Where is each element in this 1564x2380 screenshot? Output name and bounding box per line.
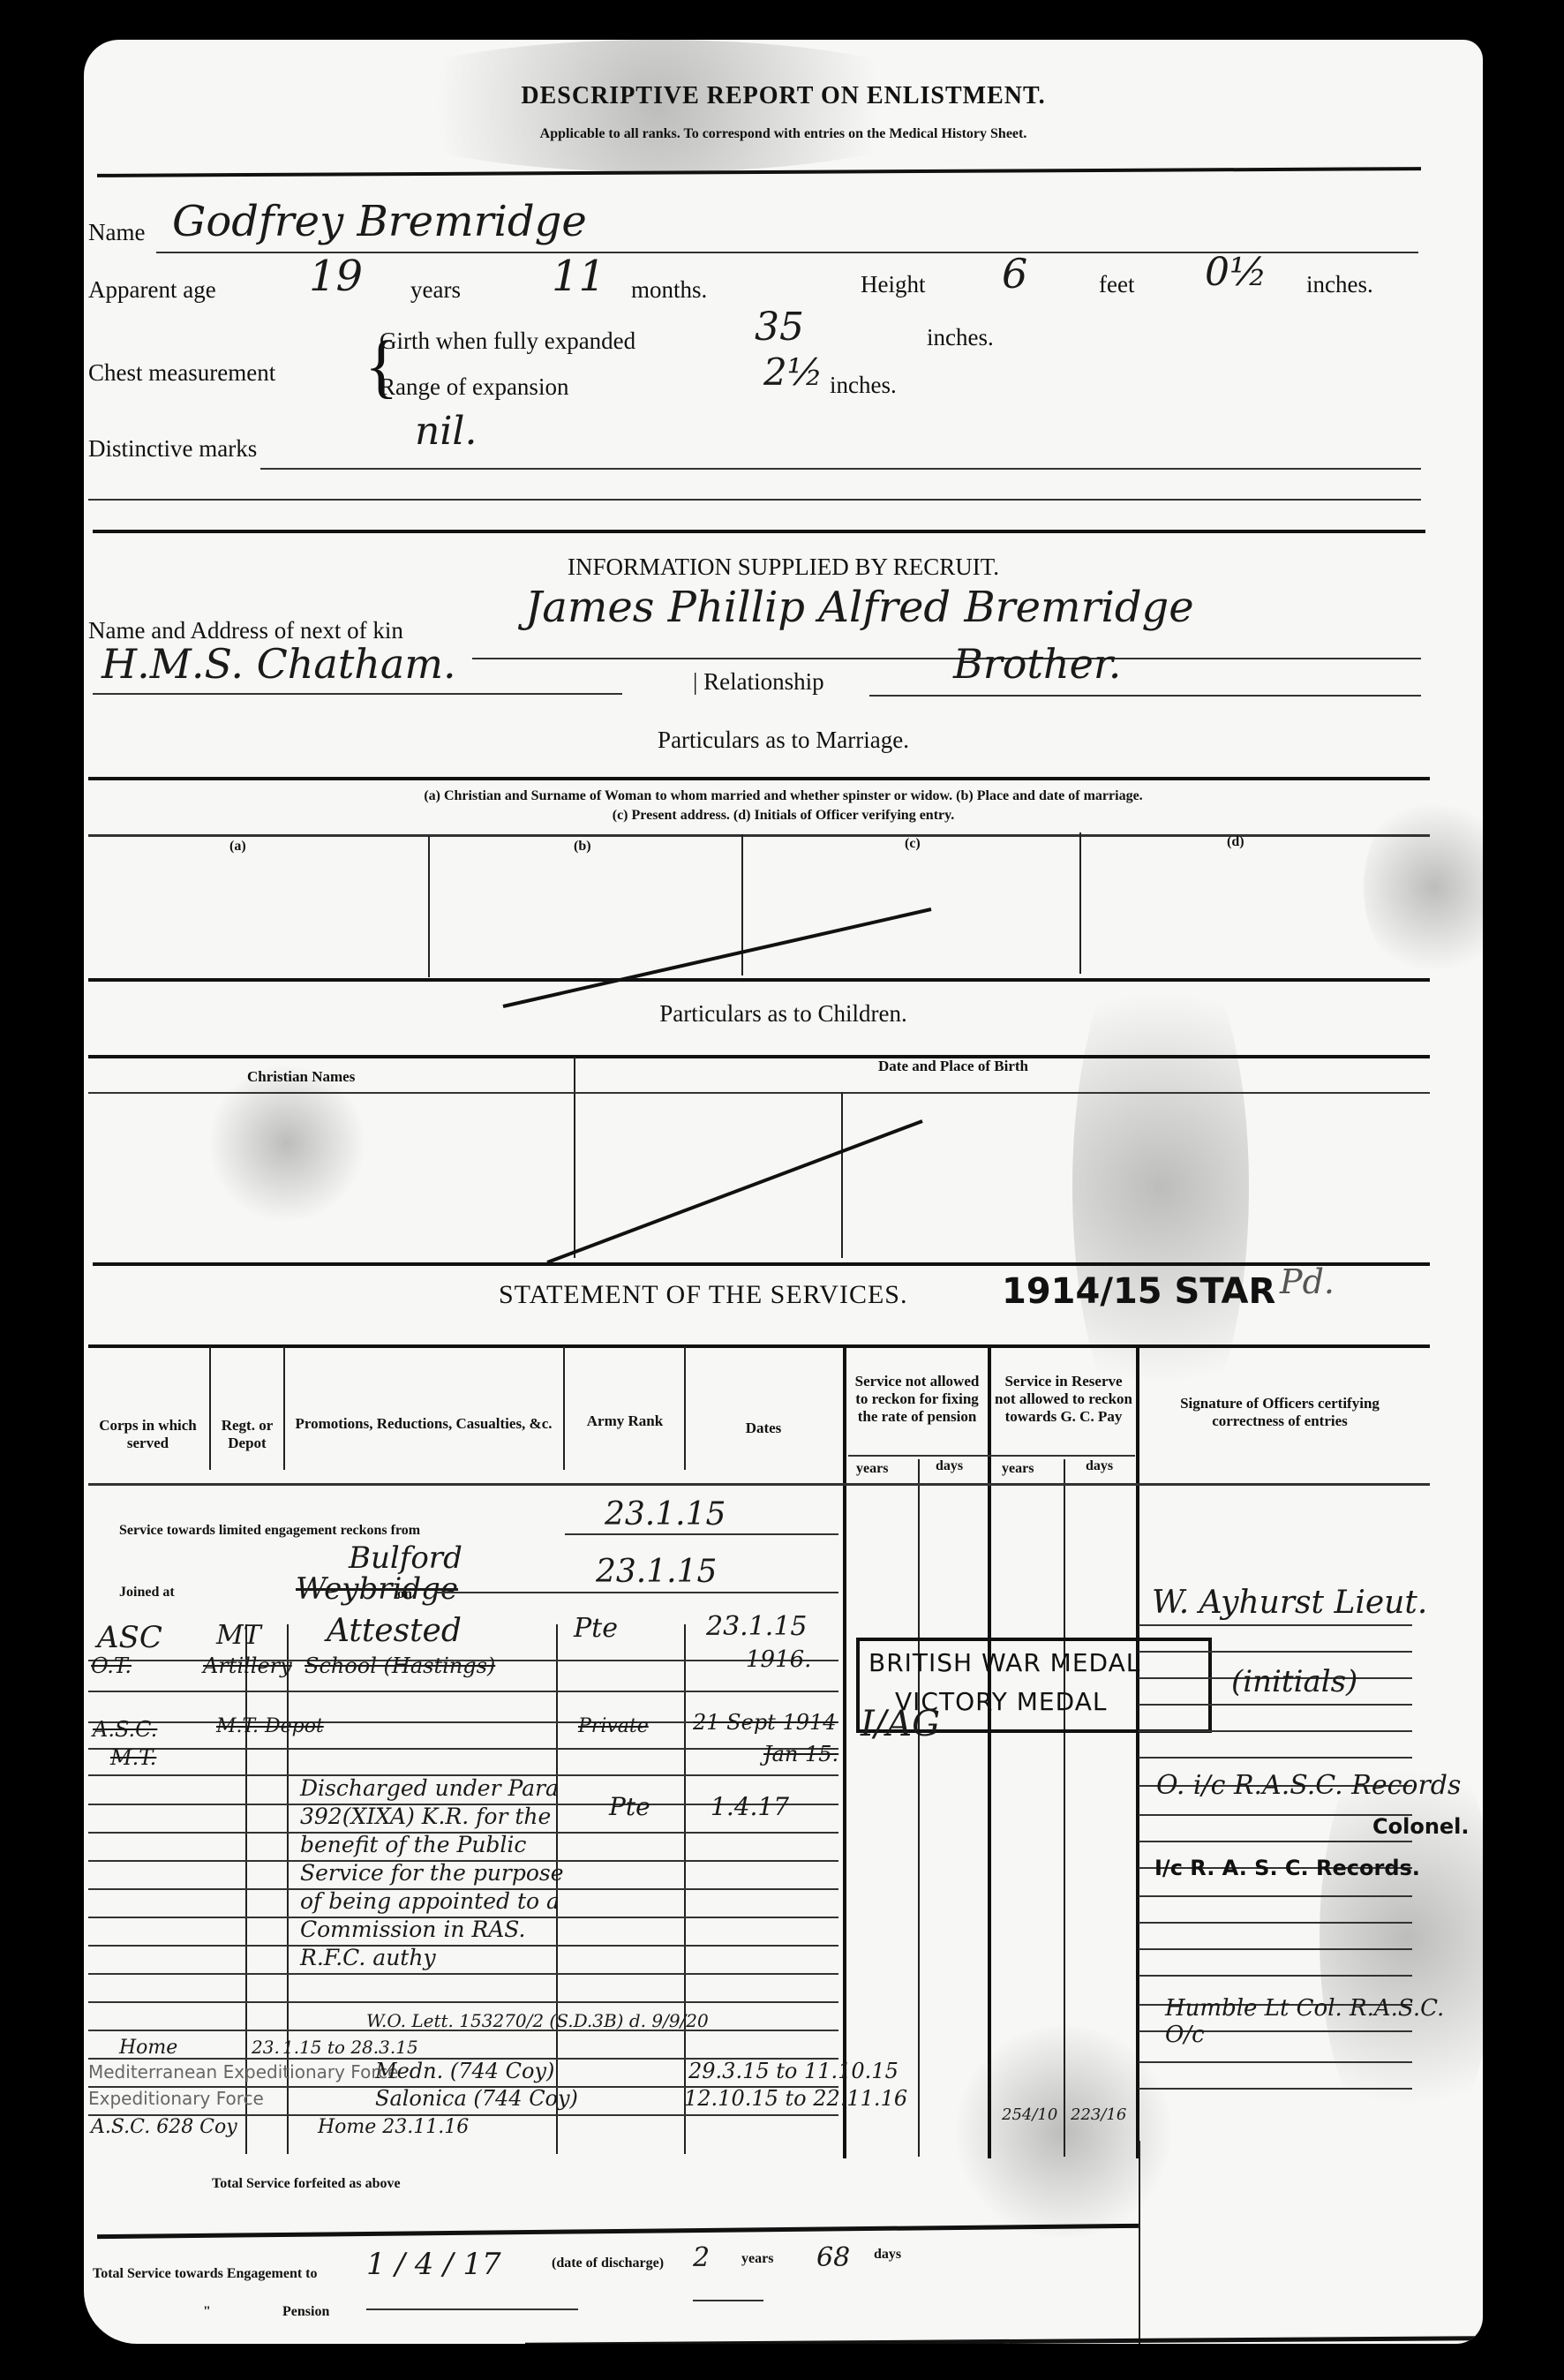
total-engagement-date: 1 / 4 / 17 <box>366 2247 501 2282</box>
sig-line <box>1139 1895 1412 1897</box>
inches-label: inches. <box>1306 271 1373 298</box>
reserve-entry-years: 254/10 <box>1002 2105 1057 2124</box>
row-line <box>88 2001 838 2003</box>
range-label: Range of expansion <box>380 373 568 401</box>
star-stamp: 1914/15 STAR <box>1002 1271 1275 1312</box>
colonel-label: Colonel. <box>1372 1814 1470 1839</box>
col-divider <box>684 1346 686 1470</box>
col-divider <box>563 1346 565 1470</box>
col-divider <box>1139 2141 1140 2344</box>
col-promotions: Promotions, Reductions, Casualties, &c. <box>291 1415 556 1433</box>
col-signature: Signature of Officers certifying correct… <box>1147 1395 1412 1430</box>
row-10-promotion: Home 23.11.16 <box>318 2116 469 2138</box>
divider <box>88 1344 1430 1348</box>
row-2-promotion: School (Hastings) <box>305 1653 495 1678</box>
pension-ditto: " <box>203 2304 211 2320</box>
marriage-col-c: (c) <box>905 836 921 852</box>
entry-line <box>437 1592 838 1593</box>
row-5-date: 1.4.17 <box>711 1792 789 1821</box>
col-rank: Army Rank <box>568 1412 682 1430</box>
divider <box>97 2224 1139 2239</box>
col-regt: Regt. or Depot <box>213 1417 282 1452</box>
row-9-corps: Expeditionary Force <box>88 2088 264 2109</box>
marriage-instructions-1: (a) Christian and Surname of Woman to wh… <box>84 788 1483 804</box>
medal-stamp-line1: BRITISH WAR MEDAL <box>868 1648 1140 1677</box>
relationship-line <box>869 695 1421 697</box>
row-7-regt: 23. <box>252 2037 280 2058</box>
sig-line <box>1139 1651 1412 1653</box>
col-corps: Corps in which served <box>88 1417 207 1452</box>
sig-line <box>1139 2088 1412 2090</box>
document-page: DESCRIPTIVE REPORT ON ENLISTMENT. Applic… <box>84 40 1483 2344</box>
row-3-regt: M.T. Depot <box>216 1715 324 1737</box>
medal-stamp-mark: I/AG <box>861 1704 940 1744</box>
joined-on-label: on <box>397 1586 412 1602</box>
divider <box>93 530 1425 533</box>
strike-through-line <box>499 905 940 1011</box>
divider <box>88 1055 1430 1058</box>
sig-line <box>1139 1730 1412 1732</box>
reserve-entry-days: 223/16 <box>1071 2105 1126 2124</box>
name-value: Godfrey Bremridge <box>172 197 587 246</box>
recruit-info-heading: INFORMATION SUPPLIED BY RECRUIT. <box>84 554 1483 581</box>
row-4-corps: M.T. <box>110 1745 156 1770</box>
row-2-date: 1916. <box>746 1646 811 1673</box>
col-divider <box>1064 1459 1065 2157</box>
col-divider <box>1079 832 1081 974</box>
limited-engagement-date: 23.1.15 <box>605 1496 726 1533</box>
subheader-line <box>848 1455 1135 1457</box>
marriage-heading: Particulars as to Marriage. <box>84 727 1483 754</box>
marriage-col-b: (b) <box>574 839 591 855</box>
range-unit: inches. <box>830 372 897 399</box>
total-engagement-label: Total Service towards Engagement to <box>93 2266 318 2282</box>
date-of-discharge-label: (date of discharge) <box>552 2256 664 2271</box>
row-line <box>88 1973 838 1975</box>
marks-value: nil. <box>415 409 477 454</box>
row-5-promotion: Discharged under Para 392(XIXA) K.R. for… <box>300 1774 565 1972</box>
col-divider <box>209 1346 211 1470</box>
sig-line <box>1139 1841 1412 1842</box>
height-feet-value: 6 <box>1002 250 1027 297</box>
sig-line <box>1139 1922 1412 1924</box>
services-heading: STATEMENT OF THE SERVICES. <box>499 1280 907 1310</box>
row-1-rank: Pte <box>574 1613 618 1644</box>
row-1-regt: MT <box>216 1620 261 1651</box>
divider <box>93 1262 1430 1266</box>
name-label: Name <box>88 219 145 246</box>
row-7-corps: Home <box>119 2037 177 2059</box>
row-10-corps: A.S.C. 628 Coy <box>91 2116 237 2138</box>
row-7-promotion: 1.15 to 28.3.15 <box>282 2037 418 2058</box>
marks-line <box>260 468 1421 470</box>
signature-2: (initials) <box>1231 1664 1357 1699</box>
age-years-value: 19 <box>309 252 363 301</box>
row-3-date: 21 Sept 1914 <box>693 1710 837 1735</box>
row-2-regt: Artillery <box>203 1653 292 1678</box>
joined-label: Joined at <box>119 1585 175 1600</box>
height-inches-value: 0½ <box>1205 250 1267 295</box>
row-1-promotion: Attested <box>327 1613 462 1649</box>
row-1-date: 23.1.15 <box>706 1611 808 1642</box>
joined-place: Bulford <box>349 1540 462 1576</box>
col-gc-pay: Service in Reserve not allowed to reckon… <box>993 1373 1134 1426</box>
sig-line <box>1139 2061 1412 2063</box>
sig-line <box>1139 1814 1412 1816</box>
star-initials: Pd. <box>1280 1262 1335 1301</box>
marriage-col-a: (a) <box>229 839 246 855</box>
chest-label: Chest measurement <box>88 359 275 387</box>
total-forfeited-label: Total Service forfeited as above <box>212 2176 401 2192</box>
entry-line <box>565 1533 838 1535</box>
row-8-corps: Mediterranean Expeditionary Force <box>88 2061 398 2082</box>
children-col-names: Christian Names <box>247 1068 355 1086</box>
years-label: years <box>410 276 461 304</box>
kin-line <box>472 658 1421 659</box>
sub-days-2: days <box>1086 1458 1113 1474</box>
row-8-promotion: Medn. (744 Coy) <box>375 2059 554 2083</box>
sub-years-1: years <box>856 1461 888 1477</box>
row-9-promotion: Salonica (744 Coy) <box>375 2086 578 2111</box>
row-6-promotion: W.O. Lett. 153270/2 (S.D.3B) d. 9/9/20 <box>366 2010 709 2031</box>
total-years-label: years <box>741 2251 773 2267</box>
col-divider <box>918 1459 920 2157</box>
height-label: Height <box>861 271 926 298</box>
kin-name-value: James Phillip Alfred Bremridge <box>525 583 1194 632</box>
joined-place-struck: Weybridge <box>296 1571 458 1607</box>
row-line <box>88 1748 838 1750</box>
col-dates: Dates <box>693 1420 834 1437</box>
row-3-rank: Private <box>578 1715 649 1737</box>
col-divider <box>988 1346 991 2158</box>
sig-line <box>1139 1704 1412 1706</box>
pension-label: Pension <box>282 2304 329 2320</box>
row-2-corps: O.T. <box>91 1653 132 1678</box>
children-heading: Particulars as to Children. <box>84 1000 1483 1028</box>
strike-through-line <box>543 1117 931 1267</box>
row-5-rank: Pte <box>609 1792 650 1821</box>
girth-label: Girth when fully expanded <box>380 328 635 355</box>
total-years-value: 2 <box>693 2242 710 2273</box>
document-subtitle: Applicable to all ranks. To correspond w… <box>84 126 1483 142</box>
signature-lower: Humble Lt Col. R.A.S.C. O/c <box>1165 1995 1483 2048</box>
sig-line <box>1139 1624 1412 1626</box>
row-4-date: Jan 15. <box>763 1742 838 1766</box>
signature-3: O. i/c R.A.S.C. Records <box>1156 1770 1461 1801</box>
months-label: months. <box>631 276 707 304</box>
signature-1: W. Ayhurst Lieut. <box>1152 1585 1427 1621</box>
children-header-line <box>88 1092 1430 1094</box>
col-pension: Service not allowed to reckon for fixing… <box>848 1373 986 1426</box>
row-8-date: 29.3.15 to 11.10.15 <box>688 2059 899 2083</box>
row-9-date: 12.10.15 to 22.11.16 <box>684 2086 907 2111</box>
address-line <box>93 693 622 695</box>
divider <box>88 978 1430 982</box>
sig-line <box>1139 1948 1412 1950</box>
kin-address-value: H.M.S. Chatham. <box>102 640 456 688</box>
marriage-instructions-2: (c) Present address. (d) Initials of Off… <box>84 808 1483 824</box>
sig-line <box>1139 1757 1412 1759</box>
girth-value: 35 <box>755 305 804 350</box>
joined-date: 23.1.15 <box>596 1554 717 1590</box>
stain <box>207 1064 366 1223</box>
marriage-col-d: (d) <box>1227 834 1244 850</box>
girth-unit: inches. <box>927 324 994 351</box>
col-divider <box>843 1346 846 2158</box>
total-days-value: 68 <box>816 2242 850 2273</box>
relationship-label: | Relationship <box>693 668 824 696</box>
age-months-value: 11 <box>552 252 605 301</box>
sig-line <box>1139 1975 1412 1977</box>
total-days-label: days <box>874 2247 901 2263</box>
relationship-value: Brother. <box>953 640 1121 688</box>
col-divider <box>1136 1346 1139 2158</box>
divider <box>97 167 1421 177</box>
table-header-line <box>88 1483 1430 1486</box>
marks-label: Distinctive marks <box>88 435 257 463</box>
records-label: I/c R. A. S. C. Records. <box>1154 1856 1420 1880</box>
range-value: 2½ <box>763 350 823 394</box>
sub-years-2: years <box>1002 1461 1034 1477</box>
document-title: DESCRIPTIVE REPORT ON ENLISTMENT. <box>84 82 1483 110</box>
row-3-corps: A.S.C. <box>93 1717 157 1742</box>
col-divider <box>283 1346 285 1470</box>
pension-line <box>366 2308 578 2310</box>
divider <box>88 777 1430 780</box>
limited-engagement-label: Service towards limited engagement recko… <box>119 1523 420 1539</box>
age-label: Apparent age <box>88 276 216 304</box>
divider <box>525 2336 1478 2344</box>
row-line <box>88 1691 838 1692</box>
pension-line <box>693 2300 763 2301</box>
sub-days-1: days <box>936 1458 963 1474</box>
feet-label: feet <box>1099 271 1134 298</box>
col-divider <box>428 836 430 977</box>
children-col-birth: Date and Place of Birth <box>878 1058 1028 1075</box>
marks-line-2 <box>88 499 1421 501</box>
row-1-corps: ASC <box>97 1620 162 1655</box>
